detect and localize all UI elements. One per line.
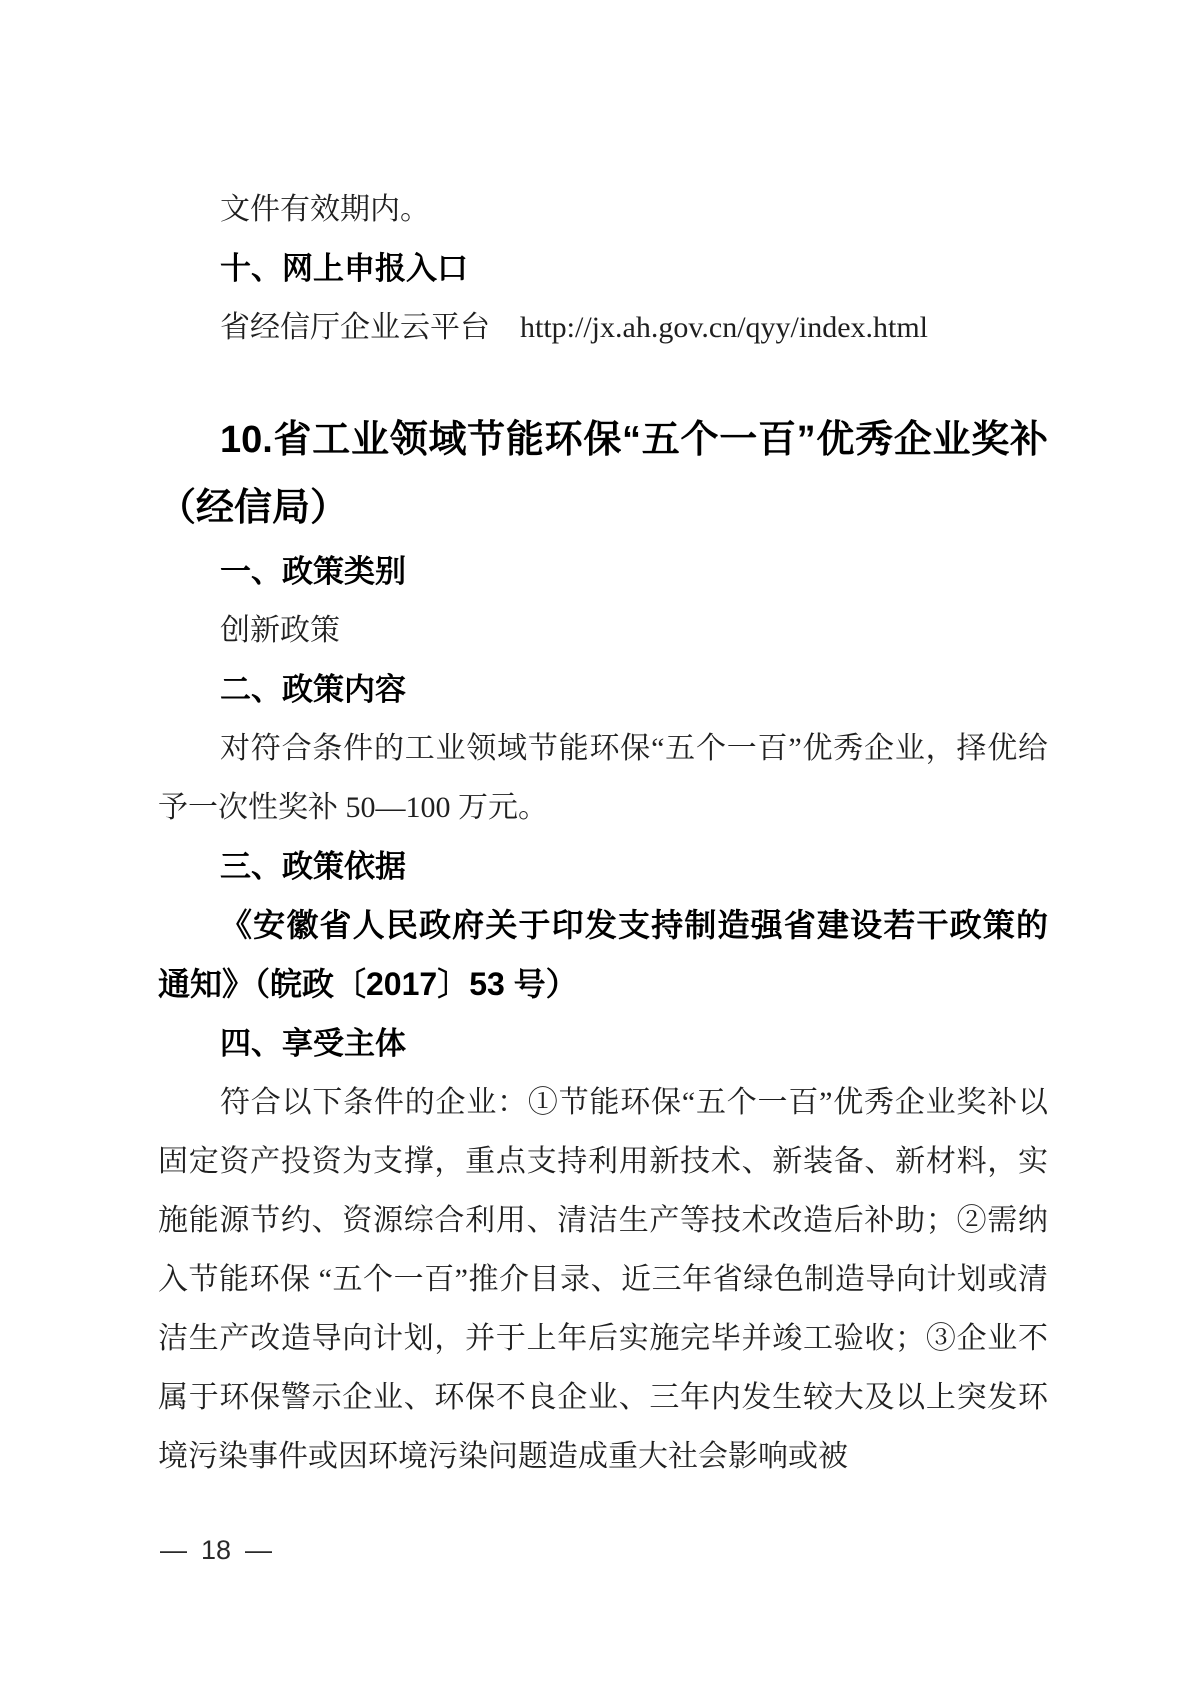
- paragraph-beneficiary-conditions: 符合以下条件的企业：①节能环保“五个一百”优秀企业奖补以固定资产投资为支撑，重点…: [158, 1073, 1048, 1486]
- footer-dash-left: —: [160, 1532, 187, 1568]
- footer-page-number: 18: [201, 1532, 231, 1568]
- heading-policy-category: 一、政策类别: [158, 542, 1048, 601]
- footer-dash-right: —: [245, 1532, 272, 1568]
- paragraph-portal-url: 省经信厅企业云平台 http://jx.ah.gov.cn/qyy/index.…: [158, 298, 1048, 357]
- paragraph-validity-note: 文件有效期内。: [158, 180, 1048, 239]
- paragraph-policy-basis-citation: 《安徽省人民政府关于印发支持制造强省建设若干政策的通知》（皖政〔2017〕53 …: [158, 896, 1048, 1014]
- heading-beneficiary: 四、享受主体: [158, 1014, 1048, 1073]
- heading-policy-content: 二、政策内容: [158, 660, 1048, 719]
- paragraph-policy-category: 创新政策: [158, 601, 1048, 660]
- heading-online-application-portal: 十、网上申报入口: [158, 239, 1048, 298]
- policy-section-title: 10.省工业领域节能环保“五个一百”优秀企业奖补（经信局）: [158, 406, 1048, 542]
- document-content: 文件有效期内。 十、网上申报入口 省经信厅企业云平台 http://jx.ah.…: [158, 180, 1048, 1486]
- paragraph-policy-content: 对符合条件的工业领域节能环保“五个一百”优秀企业，择优给予一次性奖补 50—10…: [158, 719, 1048, 837]
- document-page: 文件有效期内。 十、网上申报入口 省经信厅企业云平台 http://jx.ah.…: [0, 0, 1190, 1683]
- page-footer: — 18 —: [160, 1532, 272, 1568]
- heading-policy-basis: 三、政策依据: [158, 837, 1048, 896]
